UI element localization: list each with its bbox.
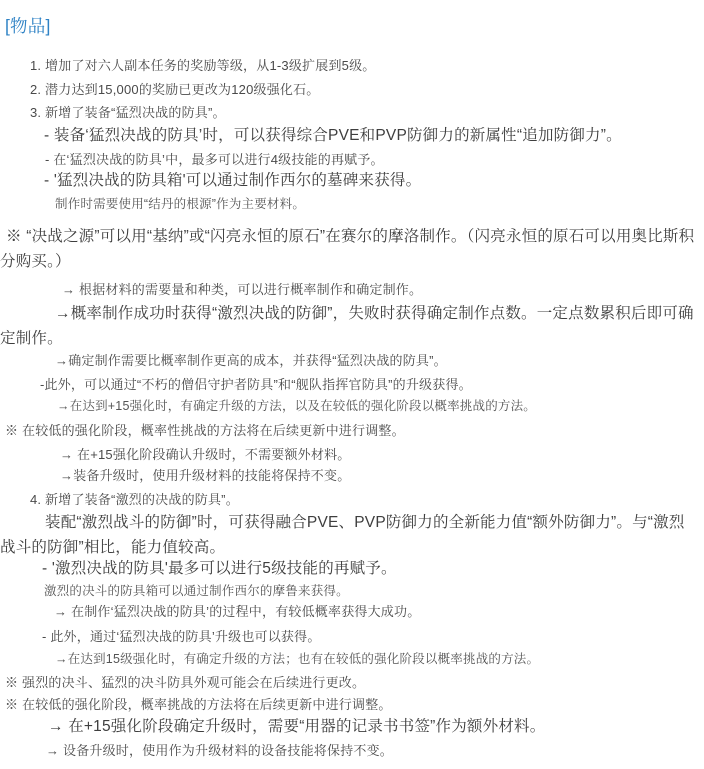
note-fierce-armor-box-crafting: - '猛烈决战的防具箱'可以通过制作西尔的墓碑来获得。 — [44, 168, 421, 190]
note-craft-great-success-chance: → 在制作‘猛烈决战的防具’的过程中，有较低概率获得大成功。 — [54, 601, 420, 620]
note-potential-reward-change: 2. 潜力达到15,000的奖励已更改为120级强化石。 — [30, 79, 320, 98]
note-crafting-main-material: 制作时需要使用“结丹的根源”作为主要材料。 — [55, 194, 305, 212]
note-fierce-armor-new-stat: - 装备‘猛烈决战的防具’时，可以获得综合PVE和PVP防御力的新属性“追加防御… — [44, 123, 622, 145]
note-upgrade-skill-retained: →装备升级时，使用升级材料的技能将保持不变。 — [60, 465, 350, 484]
note-plus15-extra-material-bookmark: → 在+15强化阶段确定升级时，需要“用器的记录书书签”作为额外材料。 — [48, 714, 545, 736]
section-title-items: [物品] — [5, 13, 51, 38]
note-obtain-via-fierce-upgrade: - 此外，通过‘猛烈决战的防具’升级也可以获得。 — [42, 626, 321, 645]
note-material-craft-types: → 根据材料的需要量和种类，可以进行概率制作和确定制作。 — [62, 279, 422, 298]
note-source-of-showdown-crafting: ※ “决战之源”可以用“基纳”或“闪亮永恒的原石”在赛尔的摩洛制作。（闪亮永恒的… — [0, 224, 700, 274]
patch-notes-document: [物品] 1. 增加了对六人副本任务的奖励等级，从1-3级扩展到5级。 2. 潜… — [0, 0, 704, 769]
note-dungeon-reward-levels: 1. 增加了对六人副本任务的奖励等级，从1-3级扩展到5级。 — [30, 55, 375, 74]
note-probability-craft-result: →概率制作成功时获得“激烈决战的防御”，失败时获得确定制作点数。一定点数累积后即… — [0, 301, 700, 351]
note-intense-armor-box-crafting: 激烈的决斗的防具箱可以通过制作西尔的摩鲁来获得。 — [44, 581, 349, 599]
note-intense-armor-skill-regrant: - '激烈决战的防具'最多可以进行5级技能的再赋予。 — [42, 556, 397, 578]
note-fierce-armor-skill-regrant: - 在‘猛烈决战的防具’中，最多可以进行4级技能的再赋予。 — [45, 149, 384, 168]
note-low-enhance-adjustment-2: ※ 在较低的强化阶段，概率挑战的方法将在后续更新中进行调整。 — [5, 694, 392, 713]
note-upgrade-from-other-armors: -此外，可以通过“不朽的僧侣守护者防具”和“舰队指挥官防具”的升级获得。 — [40, 374, 472, 393]
note-guaranteed-craft-cost: →确定制作需要比概率制作更高的成本，并获得“猛烈决战的防具”。 — [55, 350, 447, 369]
note-equipment-upgrade-skill-retained: → 设备升级时，使用作为升级材料的设备技能将保持不变。 — [46, 740, 393, 759]
note-intense-armor-new-stat: 装配“激烈战斗的防御”时，可获得融合PVE、PVP防御力的全新能力值“额外防御力… — [0, 510, 700, 560]
note-new-armor-fierce: 3. 新增了装备“猛烈决战的防具”。 — [30, 102, 226, 121]
note-level15-upgrade-methods: →在达到15级强化时，有确定升级的方法；也有在较低的强化阶段以概率挑战的方法。 — [55, 649, 539, 667]
note-new-armor-intense: 4. 新增了装备“激烈的决战的防具”。 — [30, 489, 239, 508]
note-armor-appearance-change: ※ 强烈的决斗、猛烈的决斗防具外观可能会在后续进行更改。 — [5, 672, 365, 691]
note-low-enhance-adjustment-1: ※ 在较低的强化阶段，概率性挑战的方法将在后续更新中进行调整。 — [5, 420, 405, 439]
note-plus15-no-extra-materials: → 在+15强化阶段确认升级时，不需要额外材料。 — [60, 444, 350, 463]
note-plus15-upgrade-methods: →在达到+15强化时，有确定升级的方法，以及在较低的强化阶段以概率挑战的方法。 — [57, 396, 536, 414]
